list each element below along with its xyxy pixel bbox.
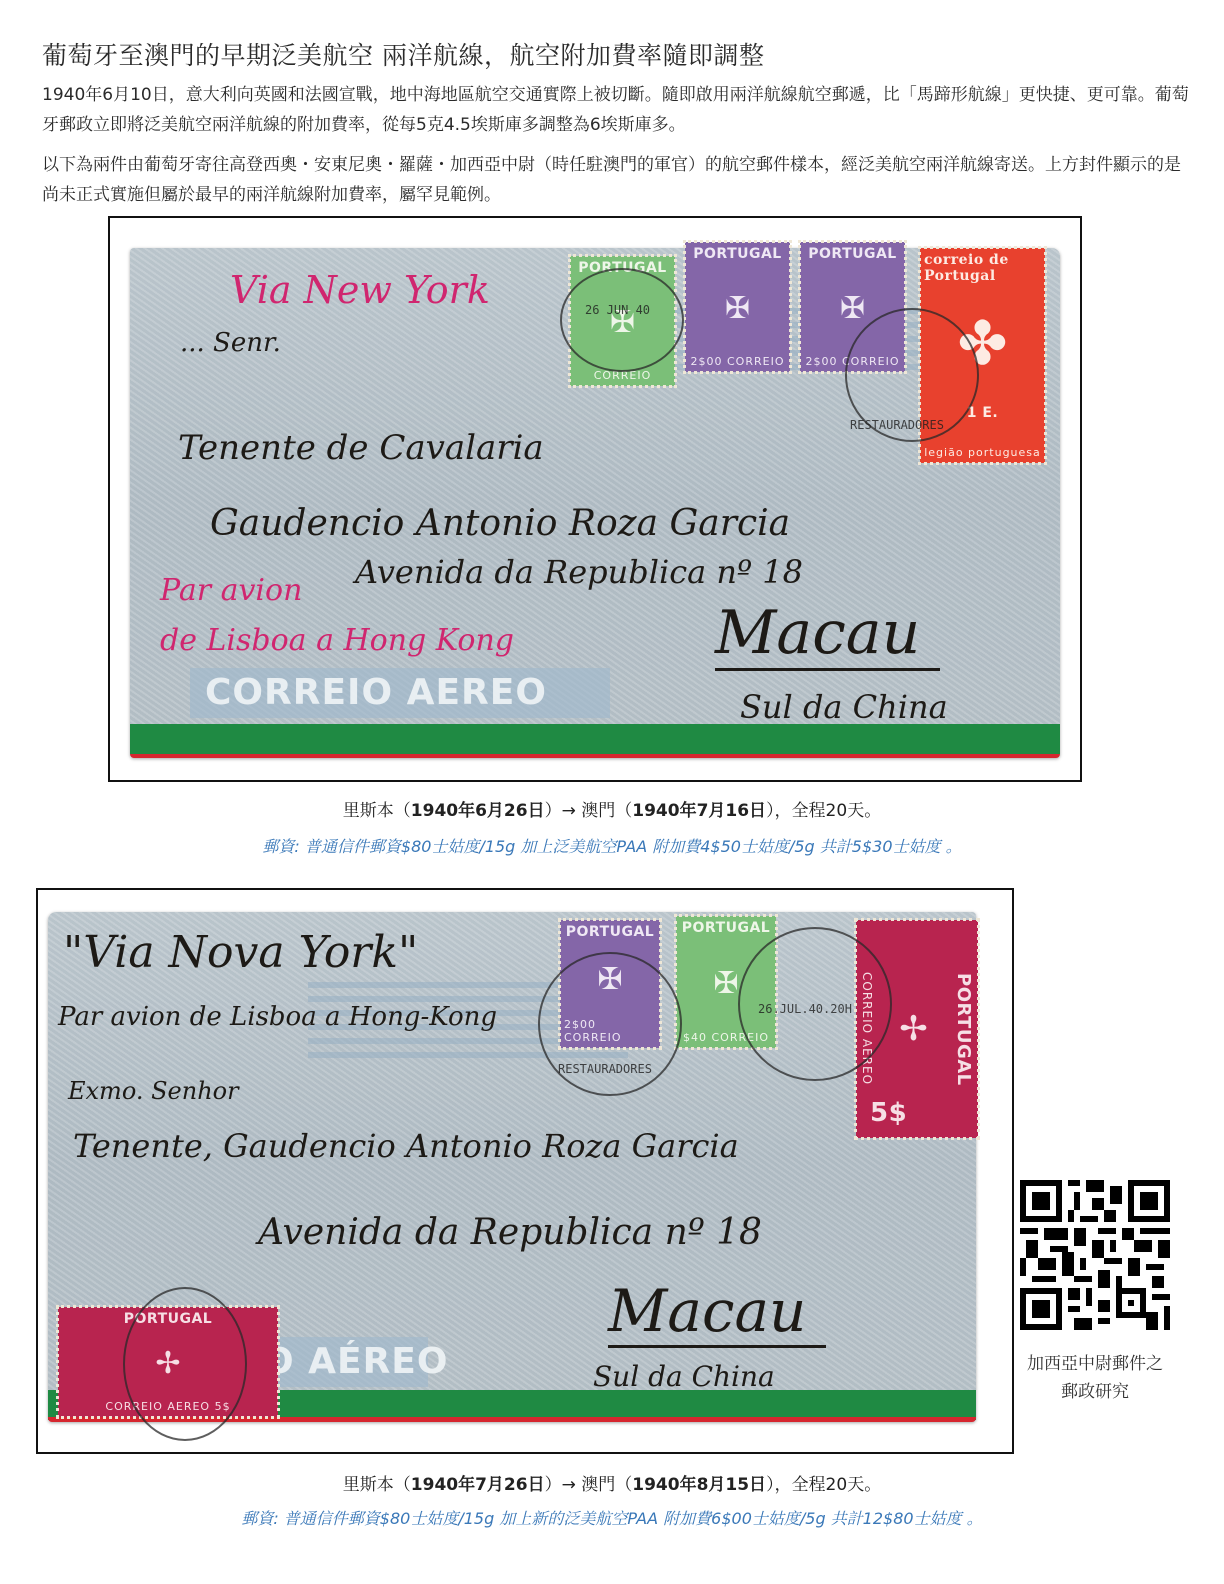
cover-2-image: "Via Nova York" Par avion de Lisboa a Ho… [36, 888, 1014, 1454]
cross-icon: ✠ [840, 291, 865, 326]
stamp-purple-lusiadas-1: PORTUGAL ✠ 2$00 CORREIO [685, 242, 790, 372]
handwriting-region: Sul da China [740, 688, 948, 726]
postmark-1 [560, 268, 684, 372]
postmark-date: 26.JUL.40.20H [758, 1002, 852, 1016]
red-stripe [130, 754, 1060, 758]
handwriting-via-nova-york: "Via Nova York" [63, 927, 418, 978]
cover-1-postage-note: 郵資: 普通信件郵資$80士姑度/15g 加上泛美航空PAA 附加費4$50士姑… [0, 834, 1224, 857]
postmark-place: RESTAURADORES [850, 418, 944, 432]
qr-code-icon[interactable] [1020, 1180, 1170, 1330]
propeller-shield-icon: ✢ [894, 1009, 934, 1049]
cover-1-image: Via New York ... Senr. Tenente de Cavala… [108, 216, 1082, 782]
handwriting-recipient-title: Tenente de Cavalaria [178, 428, 544, 468]
handwriting-street: Avenida da Republica nº 18 [355, 553, 803, 591]
airmail-label: O AÉREO [263, 1341, 449, 1382]
cover-2-route-caption: 里斯本（1940年7月26日）→ 澳門（1940年8月15日），全程20天。 [0, 1470, 1224, 1495]
handwriting-lisboa-hong-kong: de Lisboa a Hong Kong [160, 623, 514, 658]
cross-icon: ✠ [713, 966, 738, 1001]
postmark-date: 26 JUN 40 [585, 303, 650, 317]
intro-paragraph-2: 以下為兩件由葡萄牙寄往高登西奧・安東尼奧・羅薩・加西亞中尉（時任駐澳門的軍官）的… [42, 150, 1192, 210]
handwriting-region: Sul da China [593, 1360, 775, 1393]
handwriting-par-avion: Par avion [160, 573, 302, 608]
postmark-3 [123, 1287, 247, 1441]
envelope-2: "Via Nova York" Par avion de Lisboa a Ho… [48, 912, 976, 1422]
handwriting-via-new-york: Via New York [230, 268, 490, 312]
cover-1-route-caption: 里斯本（1940年6月26日）→ 澳門（1940年7月16日），全程20天。 [0, 796, 1224, 821]
postmark-place: RESTAURADORES [558, 1062, 652, 1076]
handwriting-salutation: Exmo. Senhor [68, 1077, 239, 1105]
qr-caption: 加西亞中尉郵件之郵政研究 [1020, 1350, 1170, 1406]
handwriting-par-avion: Par avion de Lisboa a Hong-Kong [58, 1002, 497, 1032]
handwriting-recipient-name: Gaudencio Antonio Roza Garcia [210, 503, 790, 544]
handwriting-street: Avenida da Republica nº 18 [258, 1212, 762, 1253]
page-title: 葡萄牙至澳門的早期泛美航空 兩洋航線，航空附加費率隨即調整 [42, 36, 764, 72]
handwriting-recipient-name: Tenente, Gaudencio Antonio Roza Garcia [73, 1127, 739, 1165]
green-stripe [130, 724, 1060, 754]
cover-2-postage-note: 郵資: 普通信件郵資$80士姑度/15g 加上新的泛美航空PAA 附加費6$00… [0, 1506, 1224, 1529]
handwriting-city: Macau [715, 598, 940, 671]
handwriting-city: Macau [608, 1277, 826, 1348]
airmail-label: CORREIO AEREO [205, 672, 547, 713]
intro-paragraph-1: 1940年6月10日，意大利向英國和法國宣戰，地中海地區航空交通實際上被切斷。隨… [42, 80, 1192, 140]
envelope-1: Via New York ... Senr. Tenente de Cavala… [130, 248, 1060, 758]
handwriting-sender: ... Senr. [180, 328, 281, 358]
cross-icon: ✠ [725, 291, 750, 326]
